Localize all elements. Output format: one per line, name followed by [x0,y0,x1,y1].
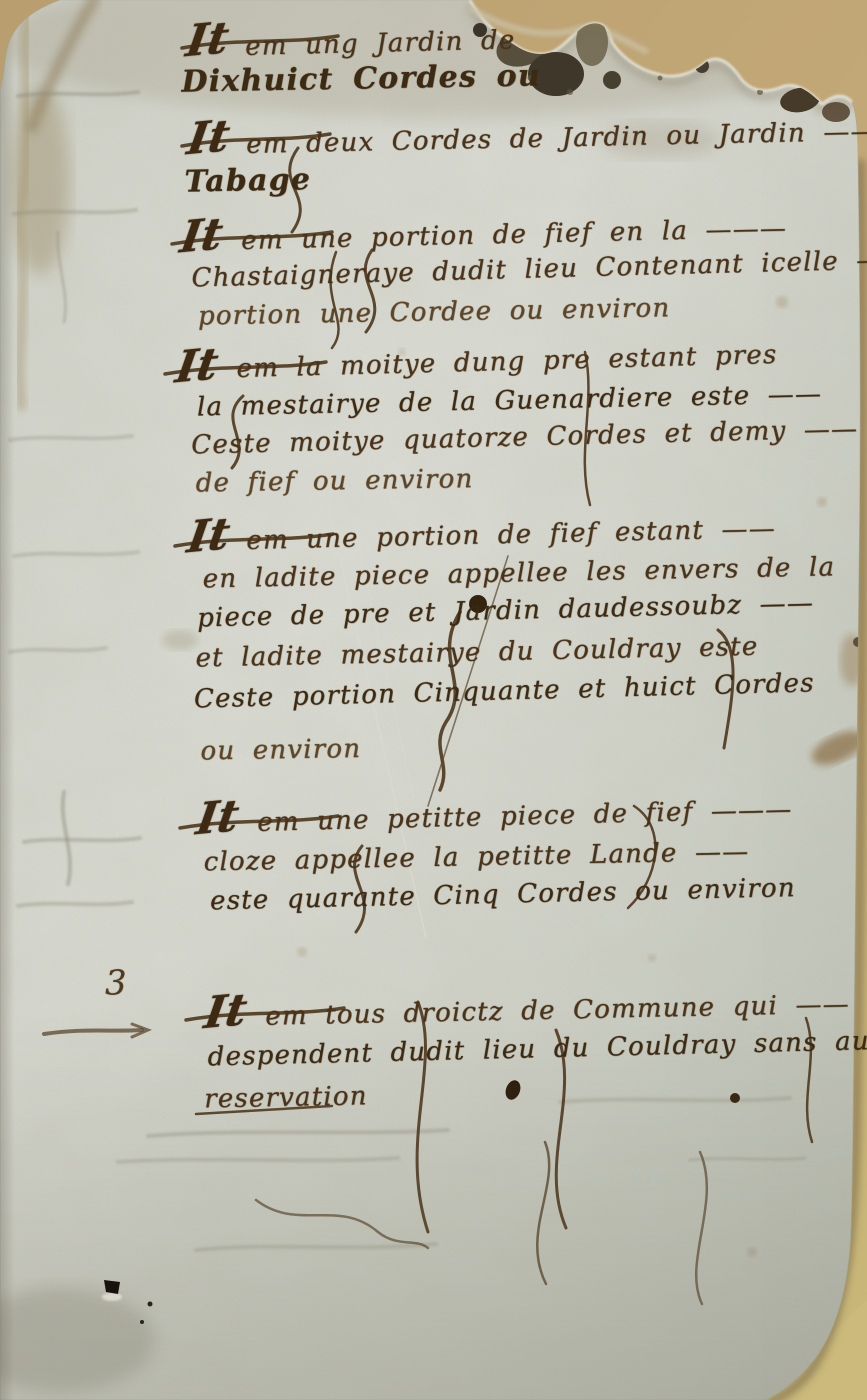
manuscript-background [0,0,867,1400]
manuscript-photo: 3 It em ung Jardin de Dixhuict Cordes ou… [0,0,867,1400]
